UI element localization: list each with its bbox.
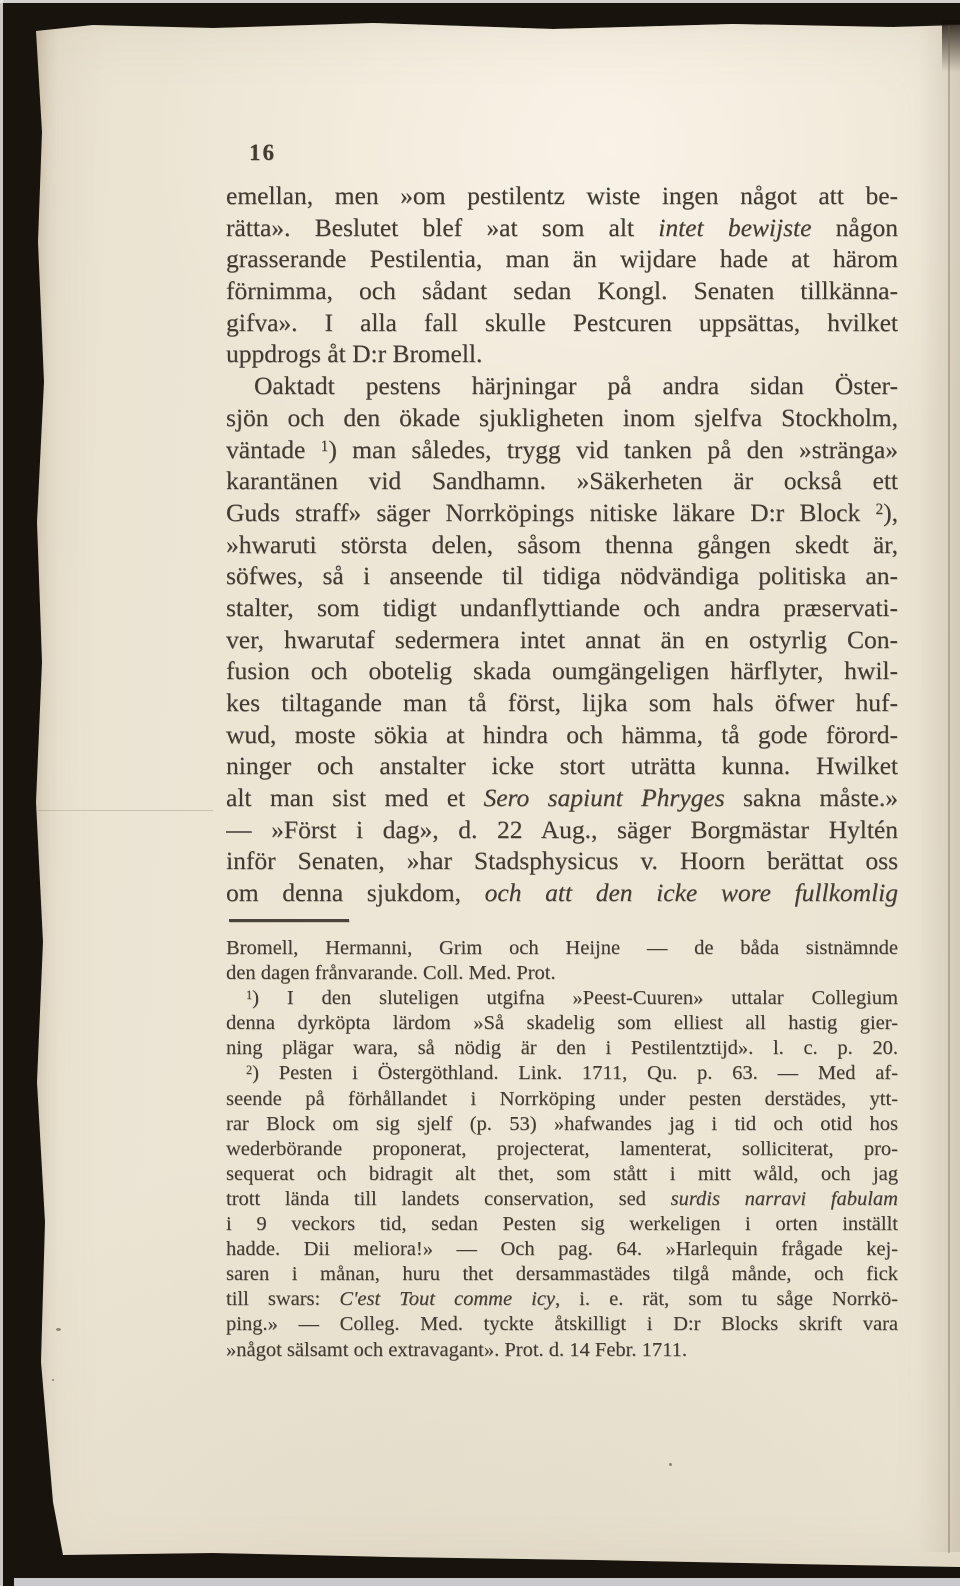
text-line: fusion och obotelig skada oumgängeligen … — [226, 655, 898, 687]
text-line: uppdrogs åt D:r Bromell. — [226, 338, 898, 370]
text-line: stalter, som tidigt undanflyttiande och … — [226, 592, 898, 624]
text-run: wud, moste sökia at hindra och hämma, tå… — [226, 720, 898, 749]
text-run: , i. e. rät, som tu såge Norrkö- — [555, 1288, 898, 1310]
footnote-separator — [229, 919, 349, 922]
text-run: emellan, men »om pestilentz wiste ingen … — [226, 181, 898, 210]
text-run: Bromell, Hermanni, Grim och Heijne — de … — [226, 937, 898, 959]
footnote-marker: 1 — [246, 988, 252, 1002]
text-line: wud, moste sökia at hindra och hämma, tå… — [226, 719, 898, 751]
text-run: seende på förhållandet i Norrköping unde… — [226, 1088, 898, 1110]
text-line: till swars: C'est Tout comme icy, i. e. … — [226, 1287, 898, 1312]
text-run: »hwaruti största delen, såsom thenna gån… — [226, 530, 898, 559]
text-line: inför Senaten, »har Stadsphysicus v. Hoo… — [226, 845, 898, 877]
text-line: ping.» — Colleg. Med. tyckte åtskilligt … — [226, 1312, 898, 1337]
text-run: förnimma, och sådant sedan Kongl. Senate… — [226, 276, 898, 305]
text-run: den dagen frånvarande. Coll. Med. Prot. — [226, 962, 556, 984]
text-line: wederbörande proponerat, projecterat, la… — [226, 1137, 898, 1162]
text-line: sequerat och bidragit alt thet, som ståt… — [226, 1162, 898, 1187]
text-run: ping.» — Colleg. Med. tyckte åtskilligt … — [226, 1313, 898, 1335]
text-run: ning plägar wara, så nödig är den i Pest… — [226, 1037, 898, 1059]
paper-speck — [56, 1328, 61, 1331]
text-line: i 9 veckors tid, sedan Pesten sig werkel… — [226, 1212, 898, 1237]
text-line: alt man sist med et Sero sapiunt Phryges… — [226, 782, 898, 814]
italic-text-run: och att den icke wore fullkomlig — [485, 878, 898, 907]
text-run: karantänen vid Sandhamn. »Säkerheten är … — [226, 466, 898, 495]
text-run: saren i månan, huru thet dersammastädes … — [226, 1263, 898, 1285]
footnote-marker: 1 — [321, 438, 329, 455]
paper-speck — [52, 1379, 54, 1381]
footnote-block: Bromell, Hermanni, Grim och Heijne — de … — [226, 936, 898, 1363]
text-line: Bromell, Hermanni, Grim och Heijne — de … — [226, 936, 898, 961]
text-line: gifva». I alla fall skulle Pestcuren upp… — [226, 307, 898, 339]
scan-edge-top — [0, 0, 960, 3]
text-run: hadde. Dii meliora!» — Och pag. 64. »Har… — [226, 1238, 898, 1260]
page-edge-line — [948, 25, 950, 1553]
text-line: hadde. Dii meliora!» — Och pag. 64. »Har… — [226, 1237, 898, 1262]
text-run: söfwes, så i anseende til tidiga nödvänd… — [226, 561, 898, 590]
text-run: till swars: — [226, 1288, 339, 1310]
text-run: trott lända till landets conservation, s… — [226, 1188, 671, 1210]
text-run: fusion och obotelig skada oumgängeligen … — [226, 656, 898, 685]
text-line: den dagen frånvarande. Coll. Med. Prot. — [226, 961, 898, 986]
text-run: sakna måste.» — [725, 783, 898, 812]
text-line: rar Block om sig sjelf (p. 53) »hafwande… — [226, 1112, 898, 1137]
text-run: denna dyrköpta lärdom »Så skadelig som e… — [226, 1012, 898, 1034]
text-line: 1) I den sluteligen utgifna »Peest-Cuure… — [226, 986, 898, 1011]
italic-text-run: surdis narravi fabulam — [671, 1188, 898, 1210]
text-run: någon — [811, 213, 898, 242]
body-text-block: emellan, men »om pestilentz wiste ingen … — [226, 180, 898, 909]
text-line: ver, hwarutaf sedermera intet annat än e… — [226, 624, 898, 656]
text-run: grasserande Pestilentia, man än wijdare … — [226, 244, 898, 273]
text-run: väntade — [226, 435, 321, 464]
scan-edge-left — [0, 0, 3, 1586]
italic-text-run: C'est Tout comme icy — [339, 1288, 555, 1310]
text-run: alt man sist med et — [226, 783, 483, 812]
text-line: denna dyrköpta lärdom »Så skadelig som e… — [226, 1011, 898, 1036]
text-run: ) I den sluteligen utgifna »Peest-Cuuren… — [252, 987, 898, 1009]
text-line: — »Först i dag», d. 22 Aug., säger Borgm… — [226, 814, 898, 846]
text-run: ninger och anstalter icke stort uträtta … — [226, 751, 898, 780]
text-line: väntade 1) man således, trygg vid tanken… — [226, 434, 898, 466]
italic-text-run: intet bewijste — [658, 213, 811, 242]
text-run: rätta». Beslutet blef »at som alt — [226, 213, 658, 242]
text-run: sequerat och bidragit alt thet, som ståt… — [226, 1163, 898, 1185]
text-run: wederbörande proponerat, projecterat, la… — [226, 1138, 898, 1160]
text-line: karantänen vid Sandhamn. »Säkerheten är … — [226, 465, 898, 497]
text-line: »något sälsamt och extravagant». Prot. d… — [226, 1338, 898, 1363]
page-curve-shading — [918, 24, 960, 1552]
text-run: rar Block om sig sjelf (p. 53) »hafwande… — [226, 1113, 898, 1135]
text-line: Guds straff» säger Norrköpings nitiske l… — [226, 497, 898, 529]
text-run: om denna sjukdom, — [226, 878, 485, 907]
footnote-marker: 2 — [246, 1063, 252, 1077]
text-line: ninger och anstalter icke stort uträtta … — [226, 750, 898, 782]
italic-text-run: Sero sapiunt Phryges — [483, 783, 724, 812]
scanned-book-photo: 16 emellan, men »om pestilentz wiste ing… — [0, 0, 960, 1586]
text-run: »något sälsamt och extravagant». Prot. d… — [226, 1339, 687, 1361]
text-line: ning plägar wara, så nödig är den i Pest… — [226, 1036, 898, 1061]
text-run: inför Senaten, »har Stadsphysicus v. Hoo… — [226, 846, 898, 875]
text-line: seende på förhållandet i Norrköping unde… — [226, 1087, 898, 1112]
text-run: sjön och den ökade sjukligheten inom sje… — [226, 403, 898, 432]
text-line: om denna sjukdom, och att den icke wore … — [226, 877, 898, 909]
text-line: »hwaruti största delen, såsom thenna gån… — [226, 529, 898, 561]
text-line: emellan, men »om pestilentz wiste ingen … — [226, 180, 898, 212]
text-run: Guds straff» säger Norrköpings nitiske l… — [226, 498, 875, 527]
text-run: stalter, som tidigt undanflyttiande och … — [226, 593, 898, 622]
text-run: ) Pesten i Östergöthland. Link. 1711, Qu… — [252, 1062, 898, 1084]
text-line: 2) Pesten i Östergöthland. Link. 1711, Q… — [226, 1061, 898, 1086]
text-run: uppdrogs åt D:r Bromell. — [226, 339, 482, 368]
text-line: Oaktadt pestens härjningar på andra sida… — [226, 370, 898, 402]
text-run: ) man således, trygg vid tanken på den »… — [328, 435, 898, 464]
scan-edge-bottom — [14, 1578, 960, 1586]
text-run: gifva». I alla fall skulle Pestcuren upp… — [226, 308, 898, 337]
text-line: kes tiltagande man tå först, lijka som h… — [226, 687, 898, 719]
text-run: — »Först i dag», d. 22 Aug., säger Borgm… — [226, 815, 898, 844]
text-run: ), — [883, 498, 898, 527]
text-line: sjön och den ökade sjukligheten inom sje… — [226, 402, 898, 434]
text-run: kes tiltagande man tå först, lijka som h… — [226, 688, 898, 717]
footnote-marker: 2 — [875, 501, 883, 518]
text-line: grasserande Pestilentia, man än wijdare … — [226, 243, 898, 275]
text-run: i 9 veckors tid, sedan Pesten sig werkel… — [226, 1213, 898, 1235]
paper-crease — [38, 810, 213, 811]
text-line: förnimma, och sådant sedan Kongl. Senate… — [226, 275, 898, 307]
text-line: saren i månan, huru thet dersammastädes … — [226, 1262, 898, 1287]
page-number: 16 — [249, 140, 276, 166]
text-line: trott lända till landets conservation, s… — [226, 1187, 898, 1212]
text-line: rätta». Beslutet blef »at som alt intet … — [226, 212, 898, 244]
text-run: Oaktadt pestens härjningar på andra sida… — [254, 371, 898, 400]
text-run: ver, hwarutaf sedermera intet annat än e… — [226, 625, 898, 654]
text-line: söfwes, så i anseende til tidiga nödvänd… — [226, 560, 898, 592]
paper-speck — [669, 1463, 672, 1466]
